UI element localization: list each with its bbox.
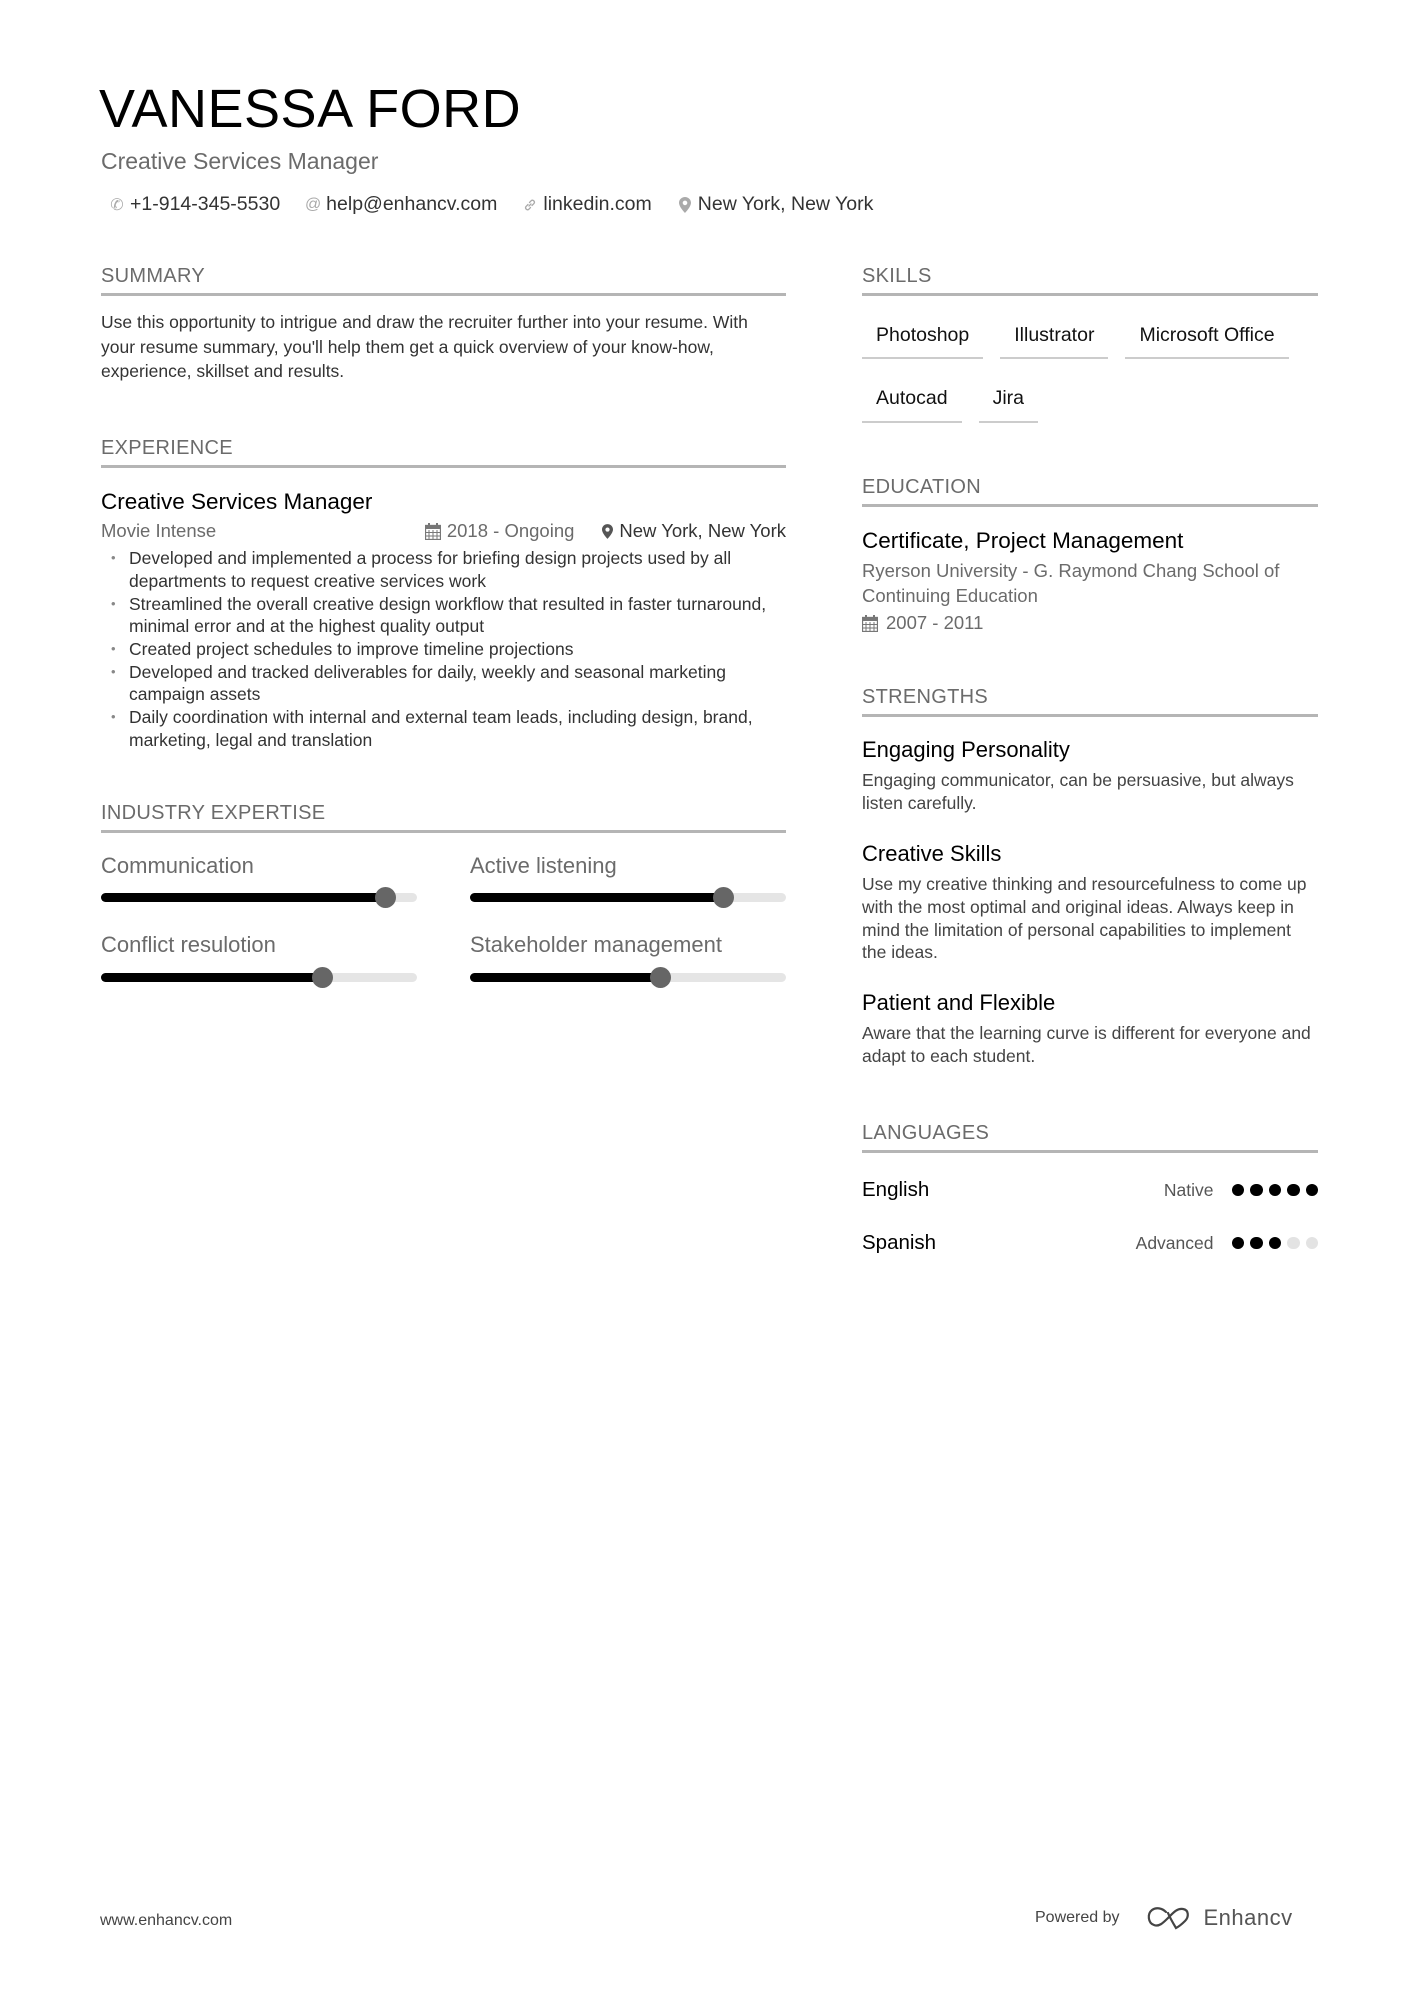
- expertise-label: Active listening: [470, 853, 786, 879]
- expertise-label: Conflict resulotion: [101, 932, 417, 958]
- powered-by: Powered by Enhancv: [1035, 1905, 1293, 1931]
- language-rating-dots: [1232, 1237, 1319, 1250]
- job-bullet: Daily coordination with internal and ext…: [129, 706, 786, 751]
- summary-text: Use this opportunity to intrigue and dra…: [101, 310, 786, 384]
- education-heading: EDUCATION: [862, 477, 1318, 507]
- job-location-text: New York, New York: [619, 520, 786, 542]
- location-pin-icon: [678, 197, 692, 213]
- strengths-heading: STRENGTHS: [862, 687, 1318, 717]
- expertise-knob: [375, 887, 396, 908]
- at-icon: @: [306, 196, 320, 214]
- expertise-bar: [101, 893, 417, 902]
- contact-linkedin[interactable]: linkedin.com: [523, 193, 651, 216]
- language-name: English: [862, 1178, 1164, 1202]
- rating-dot-filled: [1232, 1237, 1245, 1250]
- job-dates-text: 2018 - Ongoing: [447, 520, 575, 542]
- industry-expertise-heading: INDUSTRY EXPERTISE: [101, 803, 786, 833]
- job-title: Creative Services Manager: [101, 488, 786, 515]
- strength-item: Engaging Personality Engaging communicat…: [862, 737, 1318, 815]
- strength-item: Creative Skills Use my creative thinking…: [862, 841, 1318, 964]
- education-item: Certificate, Project Management Ryerson …: [862, 527, 1318, 634]
- strength-description: Aware that the learning curve is differe…: [862, 1022, 1318, 1067]
- brand-name: Enhancv: [1204, 1905, 1293, 1931]
- strengths-section: STRENGTHS Engaging Personality Engaging …: [862, 687, 1318, 1068]
- languages-heading: LANGUAGES: [862, 1123, 1318, 1153]
- rating-dot-empty: [1287, 1237, 1300, 1250]
- strength-description: Engaging communicator, can be persuasive…: [862, 769, 1318, 814]
- language-level: Advanced: [1136, 1233, 1214, 1254]
- language-rating-dots: [1232, 1184, 1319, 1197]
- expertise-knob: [312, 967, 333, 988]
- enhancv-logo-icon: [1146, 1906, 1192, 1930]
- language-item: English Native: [862, 1175, 1318, 1205]
- education-section: EDUCATION Certificate, Project Managemen…: [862, 477, 1318, 634]
- skill-tag: Photoshop: [862, 312, 983, 359]
- contact-linkedin-text: linkedin.com: [543, 193, 651, 216]
- contact-location: New York, New York: [678, 193, 874, 216]
- expertise-grid: Communication Active listening Conflict …: [101, 853, 786, 982]
- skill-tag: Autocad: [862, 375, 962, 422]
- expertise-label: Stakeholder management: [470, 932, 786, 958]
- expertise-item: Active listening: [470, 853, 786, 902]
- expertise-label: Communication: [101, 853, 417, 879]
- job-meta: Movie Intense 2018 - Ongoing New York, N…: [101, 520, 786, 542]
- strength-item: Patient and Flexible Aware that the lear…: [862, 990, 1318, 1068]
- strength-title: Engaging Personality: [862, 737, 1318, 763]
- rating-dot-empty: [1306, 1237, 1319, 1250]
- education-dates-text: 2007 - 2011: [886, 612, 983, 634]
- job-bullet: Developed and implemented a process for …: [129, 547, 786, 592]
- degree: Certificate, Project Management: [862, 527, 1318, 554]
- summary-section: SUMMARY Use this opportunity to intrigue…: [101, 266, 786, 384]
- experience-section: EXPERIENCE Creative Services Manager Mov…: [101, 438, 786, 752]
- school-name: Ryerson University - G. Raymond Chang Sc…: [862, 559, 1318, 608]
- job-dates: 2018 - Ongoing: [425, 520, 575, 542]
- rating-dot-filled: [1306, 1184, 1319, 1197]
- skills-section: SKILLS Photoshop Illustrator Microsoft O…: [862, 266, 1318, 439]
- contact-email-text: help@enhancv.com: [326, 193, 497, 216]
- education-dates: 2007 - 2011: [862, 612, 1318, 634]
- expertise-bar: [101, 973, 417, 982]
- skills-heading: SKILLS: [862, 266, 1318, 296]
- candidate-name: VANESSA FORD: [99, 82, 521, 136]
- rating-dot-filled: [1287, 1184, 1300, 1197]
- languages-section: LANGUAGES English Native Spanish Advance…: [862, 1123, 1318, 1258]
- skill-tag: Microsoft Office: [1125, 312, 1288, 359]
- link-icon: [523, 198, 537, 212]
- skills-list: Photoshop Illustrator Microsoft Office A…: [862, 312, 1318, 439]
- job-bullet: Developed and tracked deliverables for d…: [129, 661, 786, 706]
- brand-logo[interactable]: Enhancv: [1146, 1905, 1293, 1931]
- candidate-title: Creative Services Manager: [101, 148, 378, 176]
- rating-dot-filled: [1269, 1184, 1282, 1197]
- job-location: New York, New York: [602, 520, 786, 542]
- contact-location-text: New York, New York: [698, 193, 874, 216]
- contact-email[interactable]: @ help@enhancv.com: [306, 193, 497, 216]
- job-bullet: Streamlined the overall creative design …: [129, 593, 786, 638]
- language-name: Spanish: [862, 1231, 1136, 1255]
- contact-bar: ✆ +1-914-345-5530 @ help@enhancv.com lin…: [110, 193, 873, 216]
- language-item: Spanish Advanced: [862, 1228, 1318, 1258]
- expertise-bar: [470, 973, 786, 982]
- skill-tag: Jira: [979, 375, 1038, 422]
- footer-url[interactable]: www.enhancv.com: [100, 1912, 232, 1930]
- rating-dot-filled: [1250, 1237, 1263, 1250]
- strength-title: Patient and Flexible: [862, 990, 1318, 1016]
- contact-phone[interactable]: ✆ +1-914-345-5530: [110, 193, 280, 216]
- calendar-icon: [425, 523, 441, 540]
- contact-phone-text: +1-914-345-5530: [130, 193, 280, 216]
- expertise-knob: [713, 887, 734, 908]
- expertise-item: Conflict resulotion: [101, 932, 417, 981]
- powered-by-label: Powered by: [1035, 1909, 1120, 1927]
- strength-title: Creative Skills: [862, 841, 1318, 867]
- location-pin-icon: [602, 524, 613, 539]
- expertise-item: Communication: [101, 853, 417, 902]
- summary-heading: SUMMARY: [101, 266, 786, 296]
- rating-dot-filled: [1250, 1184, 1263, 1197]
- rating-dot-filled: [1269, 1237, 1282, 1250]
- phone-icon: ✆: [110, 195, 124, 215]
- industry-expertise-section: INDUSTRY EXPERTISE Communication Active …: [101, 803, 786, 982]
- expertise-knob: [650, 967, 671, 988]
- language-level: Native: [1164, 1180, 1214, 1201]
- experience-heading: EXPERIENCE: [101, 438, 786, 468]
- job-bullet: Created project schedules to improve tim…: [129, 638, 786, 661]
- strength-description: Use my creative thinking and resourceful…: [862, 873, 1318, 964]
- expertise-bar: [470, 893, 786, 902]
- expertise-item: Stakeholder management: [470, 932, 786, 981]
- rating-dot-filled: [1232, 1184, 1245, 1197]
- experience-item: Creative Services Manager Movie Intense …: [101, 488, 786, 752]
- company-name: Movie Intense: [101, 520, 397, 542]
- job-bullets: Developed and implemented a process for …: [101, 547, 786, 751]
- calendar-icon: [862, 615, 878, 632]
- skill-tag: Illustrator: [1000, 312, 1108, 359]
